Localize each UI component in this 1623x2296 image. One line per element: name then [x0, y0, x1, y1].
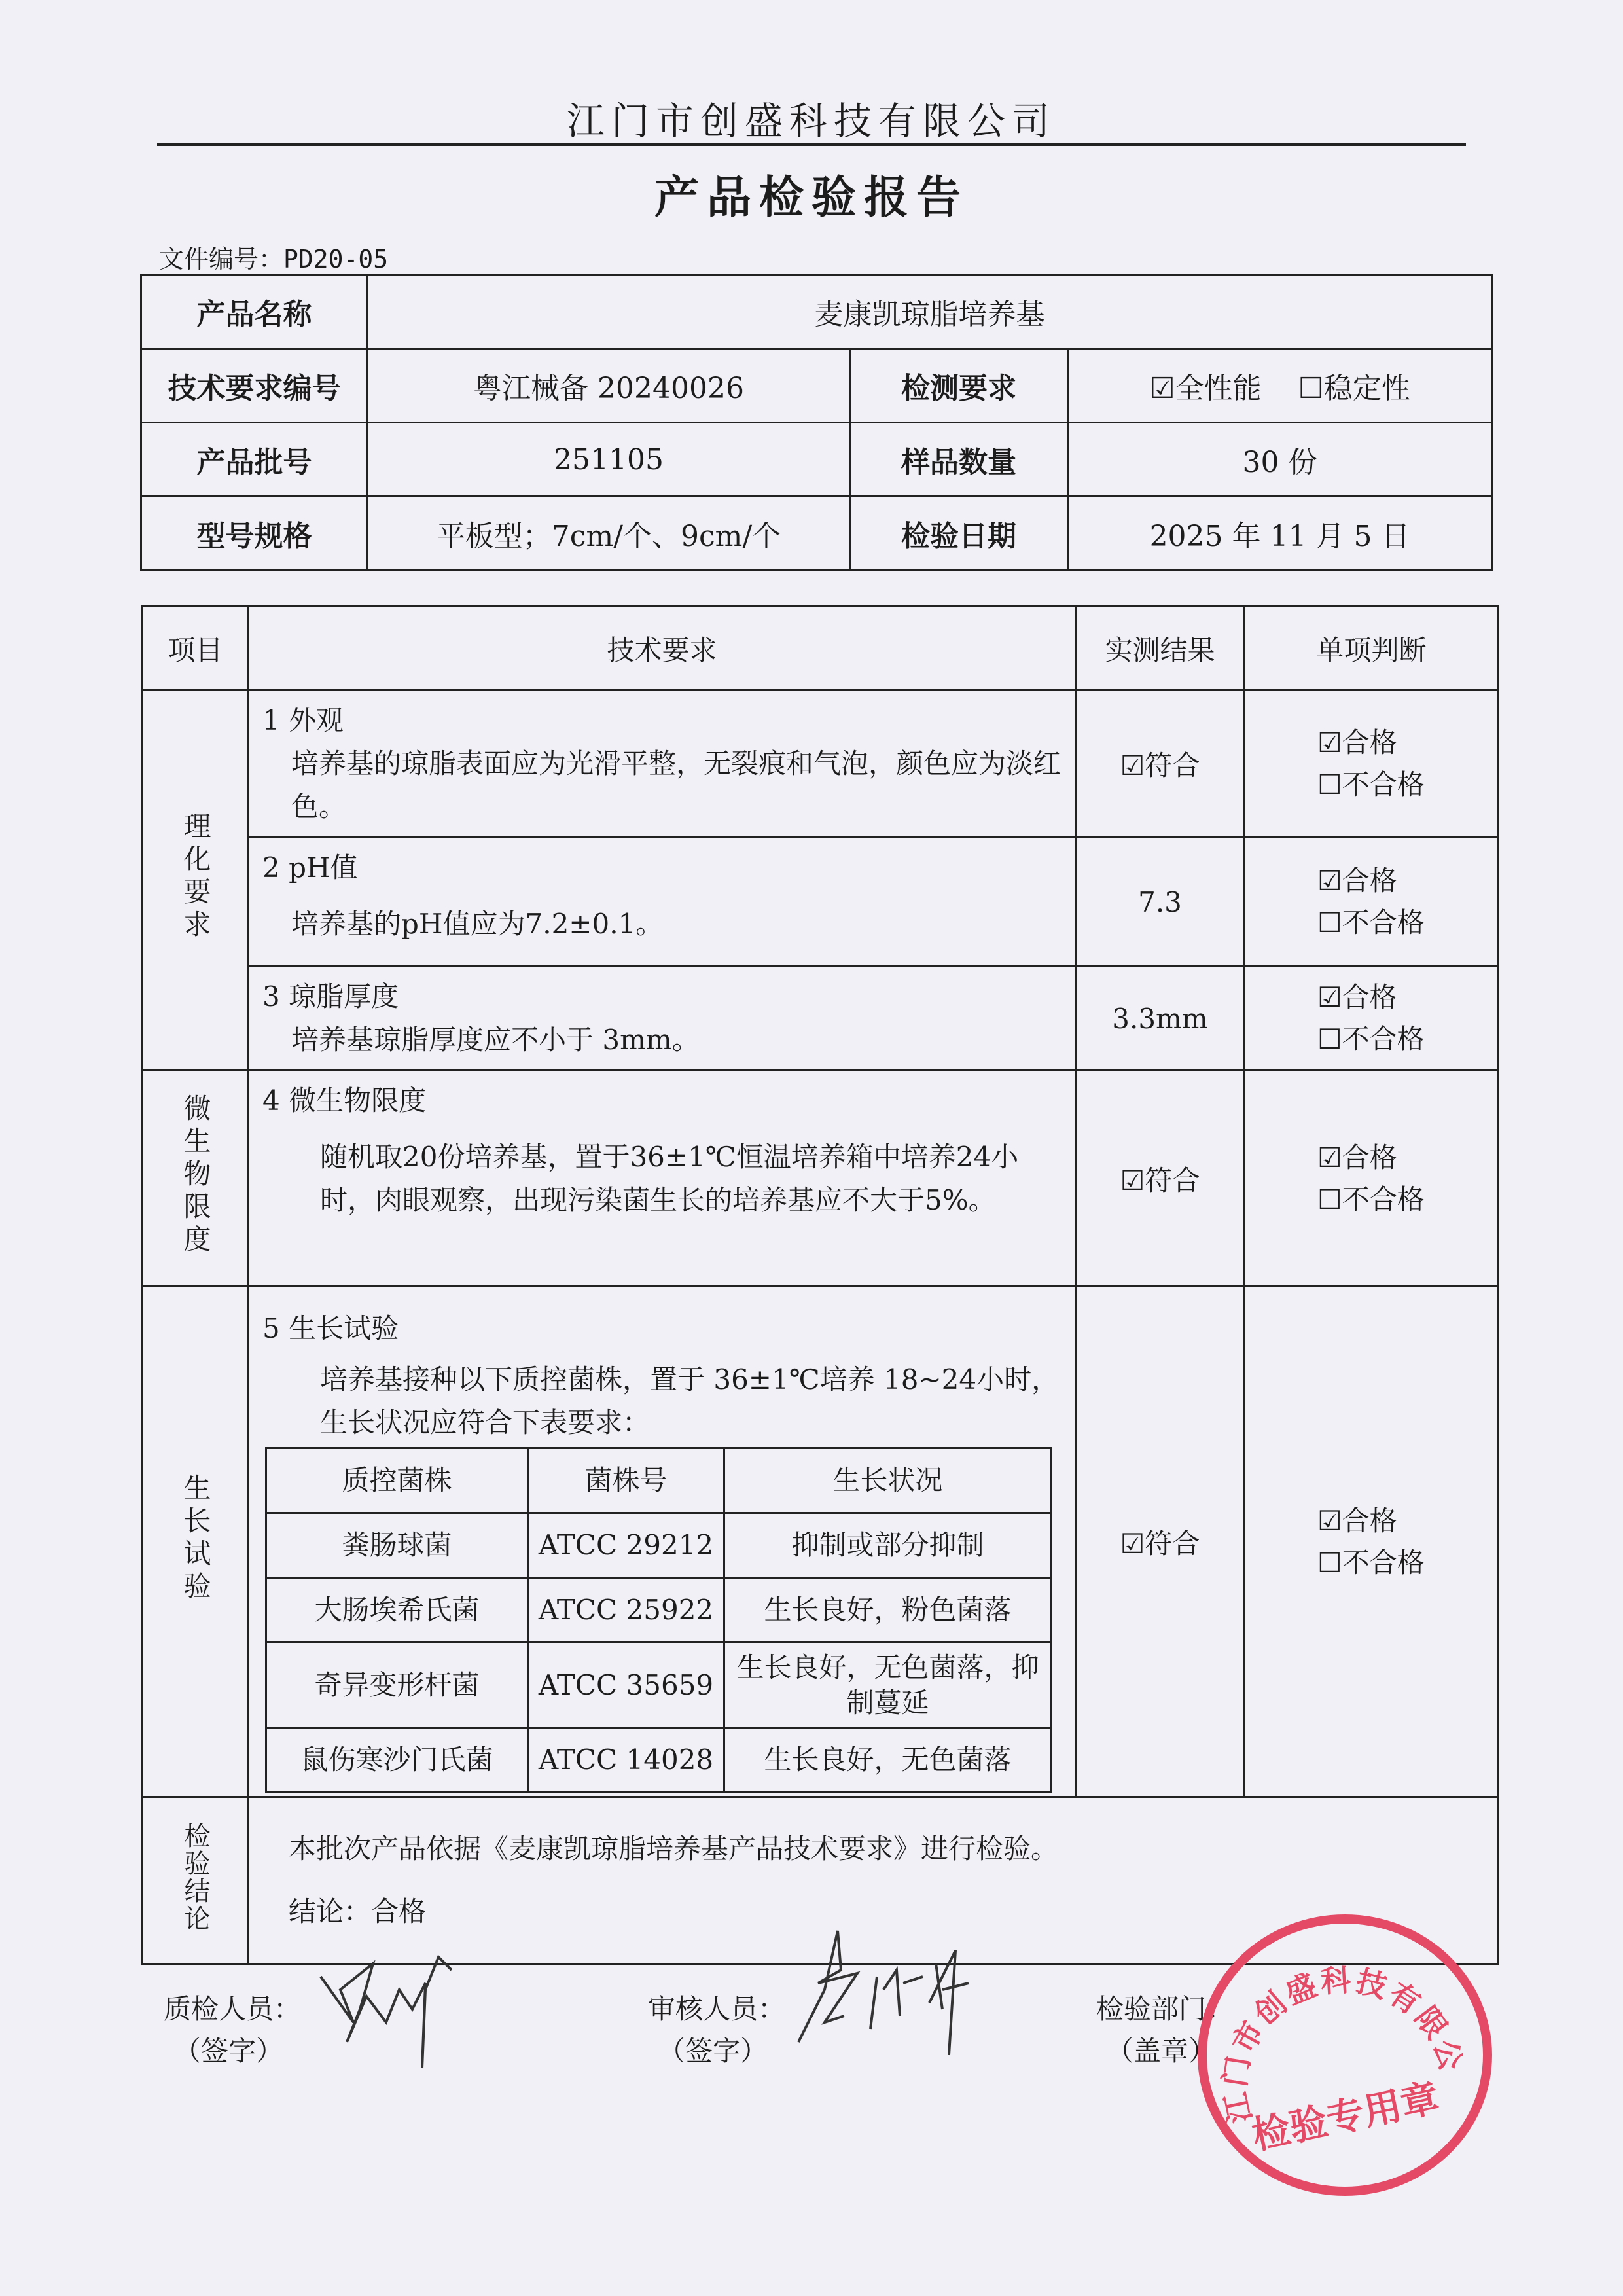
doc-number-label: 文件编号：	[159, 245, 283, 274]
product-name-label: 产品名称	[141, 275, 368, 349]
inspection-table: 项目 技术要求 实测结果 单项判断 理化要求 1 外观 培养基的琼脂表面应为光滑…	[141, 605, 1499, 1965]
conclusion-text: 本批次产品依据《麦康凯琼脂培养基产品技术要求》进行检验。	[289, 1818, 1458, 1880]
item-title: 5 生长试验	[262, 1307, 1061, 1350]
seal-arc-text: 江门市创盛科技有限公司	[1207, 1924, 1483, 2187]
strain-header-id: 菌株号	[528, 1448, 724, 1513]
strain-table: 质控菌株 菌株号 生长状况 粪肠球菌 ATCC 29212 抑制或部分抑制 大肠…	[265, 1447, 1052, 1793]
group-physchem-label: 理化要求	[176, 812, 215, 942]
group-micro: 微生物限度	[143, 1071, 249, 1287]
group-conclusion-label: 检验结论	[177, 1822, 214, 1932]
checkbox-pass[interactable]: ☑合格	[1317, 722, 1397, 764]
requirement-appearance: 1 外观 培养基的琼脂表面应为光滑平整，无裂痕和气泡，颜色应为淡红色。	[249, 691, 1076, 838]
strain-row: 大肠埃希氏菌 ATCC 25922 生长良好，粉色菌落	[266, 1578, 1052, 1643]
requirement-micro: 4 微生物限度 随机取20份培养基，置于36±1℃恒温培养箱中培养24小时，肉眼…	[249, 1071, 1076, 1287]
judgement-thickness: ☑合格 ☐不合格	[1245, 967, 1499, 1071]
requirement-thickness: 3 琼脂厚度 培养基琼脂厚度应不小于 3mm。	[249, 967, 1076, 1071]
header-item: 项目	[143, 607, 249, 691]
strain-name: 奇异变形杆菌	[266, 1643, 528, 1728]
strain-id: ATCC 35659	[528, 1643, 724, 1728]
header-result: 实测结果	[1076, 607, 1245, 691]
tech-req-no-label: 技术要求编号	[141, 349, 368, 423]
strain-id: ATCC 14028	[528, 1728, 724, 1793]
judgement-appearance: ☑合格 ☐不合格	[1245, 691, 1499, 838]
checkbox-fail[interactable]: ☐不合格	[1317, 764, 1425, 806]
item-text: 培养基琼脂厚度应不小于 3mm。	[262, 1018, 1061, 1062]
doc-number: 文件编号：PD20-05	[159, 239, 388, 275]
checkbox-pass[interactable]: ☑合格	[1317, 1500, 1397, 1542]
item-title: 3 琼脂厚度	[262, 975, 1061, 1018]
group-micro-label: 微生物限度	[176, 1094, 215, 1257]
strain-growth: 生长良好，粉色菌落	[724, 1578, 1052, 1643]
inspector-signature	[314, 1918, 524, 2075]
strain-row: 鼠伤寒沙门氏菌 ATCC 14028 生长良好，无色菌落	[266, 1728, 1052, 1793]
batch-label: 产品批号	[141, 423, 368, 497]
strain-header-name: 质控菌株	[266, 1448, 528, 1513]
judgement-ph: ☑合格 ☐不合格	[1245, 838, 1499, 967]
sample-qty-label: 样品数量	[850, 423, 1068, 497]
result-thickness: 3.3mm	[1076, 967, 1245, 1071]
checkbox-stability[interactable]: ☐稳定性	[1298, 372, 1410, 405]
reviewer-signature	[785, 1911, 1021, 2075]
strain-row: 粪肠球菌 ATCC 29212 抑制或部分抑制	[266, 1513, 1052, 1578]
checkbox-fail[interactable]: ☐不合格	[1317, 902, 1425, 944]
model-label: 型号规格	[141, 497, 368, 571]
date-value: 2025 年 11 月 5 日	[1068, 497, 1492, 571]
item-title: 4 微生物限度	[262, 1079, 1061, 1122]
company-seal: 江门市创盛科技有限公司 检验专用章	[1198, 1914, 1492, 2196]
reviewer-note: （签字）	[648, 2030, 785, 2072]
inspector-label: 质检人员：	[164, 1988, 301, 2030]
item-text: 随机取20份培养基，置于36±1℃恒温培养箱中培养24小时，肉眼观察，出现污染菌…	[262, 1136, 1061, 1222]
checkbox-full-performance[interactable]: ☑全性能	[1149, 372, 1261, 405]
group-growth: 生长试验	[143, 1287, 249, 1797]
tech-req-no-value: 粤江械备 20240026	[368, 349, 850, 423]
group-conclusion: 检验结论	[143, 1797, 249, 1964]
strain-header-growth: 生长状况	[724, 1448, 1052, 1513]
test-req-options: ☑全性能 ☐稳定性	[1068, 349, 1492, 423]
doc-number-value: PD20-05	[283, 245, 388, 274]
judgement-growth: ☑合格 ☐不合格	[1245, 1287, 1499, 1797]
result-growth[interactable]: ☑符合	[1076, 1287, 1245, 1797]
reviewer-signature-block: 审核人员： （签字）	[648, 1988, 785, 2072]
group-growth-label: 生长试验	[176, 1473, 215, 1604]
checkbox-pass[interactable]: ☑合格	[1317, 860, 1397, 902]
item-title: 1 外观	[262, 699, 1061, 742]
header-judgement: 单项判断	[1245, 607, 1499, 691]
checkbox-fail[interactable]: ☐不合格	[1317, 1542, 1425, 1584]
item-text: 培养基的琼脂表面应为光滑平整，无裂痕和气泡，颜色应为淡红色。	[262, 742, 1061, 829]
checkbox-fail[interactable]: ☐不合格	[1317, 1179, 1425, 1221]
strain-growth: 生长良好，无色菌落，抑制蔓延	[724, 1643, 1052, 1728]
product-name-value: 麦康凯琼脂培养基	[368, 275, 1492, 349]
strain-name: 鼠伤寒沙门氏菌	[266, 1728, 528, 1793]
result-micro[interactable]: ☑符合	[1076, 1071, 1245, 1287]
inspector-note: （签字）	[164, 2030, 301, 2072]
model-value: 平板型；7cm/个、9cm/个	[368, 497, 850, 571]
strain-name: 大肠埃希氏菌	[266, 1578, 528, 1643]
strain-name: 粪肠球菌	[266, 1513, 528, 1578]
strain-id: ATCC 25922	[528, 1578, 724, 1643]
requirement-growth: 5 生长试验 培养基接种以下质控菌株，置于 36±1℃培养 18~24小时，生长…	[249, 1287, 1076, 1797]
checkbox-fail[interactable]: ☐不合格	[1317, 1018, 1425, 1060]
test-req-label: 检测要求	[850, 349, 1068, 423]
item-title: 2 pH值	[262, 846, 1061, 889]
strain-id: ATCC 29212	[528, 1513, 724, 1578]
strain-growth: 抑制或部分抑制	[724, 1513, 1052, 1578]
product-info-table: 产品名称 麦康凯琼脂培养基 技术要求编号 粤江械备 20240026 检测要求 …	[140, 274, 1493, 571]
company-name: 江门市创盛科技有限公司	[0, 90, 1623, 145]
reviewer-label: 审核人员：	[648, 1988, 785, 2030]
requirement-ph: 2 pH值 培养基的pH值应为7.2±0.1。	[249, 838, 1076, 967]
group-physchem: 理化要求	[143, 691, 249, 1071]
date-label: 检验日期	[850, 497, 1068, 571]
page-title: 产品检验报告	[0, 162, 1623, 226]
inspector-signature-block: 质检人员： （签字）	[164, 1988, 301, 2072]
strain-row: 奇异变形杆菌 ATCC 35659 生长良好，无色菌落，抑制蔓延	[266, 1643, 1052, 1728]
judgement-micro: ☑合格 ☐不合格	[1245, 1071, 1499, 1287]
batch-value: 251105	[368, 423, 850, 497]
header-requirement: 技术要求	[249, 607, 1076, 691]
item-text: 培养基接种以下质控菌株，置于 36±1℃培养 18~24小时，生长状况应符合下表…	[262, 1358, 1061, 1444]
strain-growth: 生长良好，无色菌落	[724, 1728, 1052, 1793]
item-text: 培养基的pH值应为7.2±0.1。	[262, 903, 1061, 946]
sample-qty-value: 30 份	[1068, 423, 1492, 497]
result-ph: 7.3	[1076, 838, 1245, 967]
checkbox-pass[interactable]: ☑合格	[1317, 1137, 1397, 1179]
result-appearance[interactable]: ☑符合	[1076, 691, 1245, 838]
checkbox-pass[interactable]: ☑合格	[1317, 977, 1397, 1018]
header-divider	[157, 143, 1466, 146]
